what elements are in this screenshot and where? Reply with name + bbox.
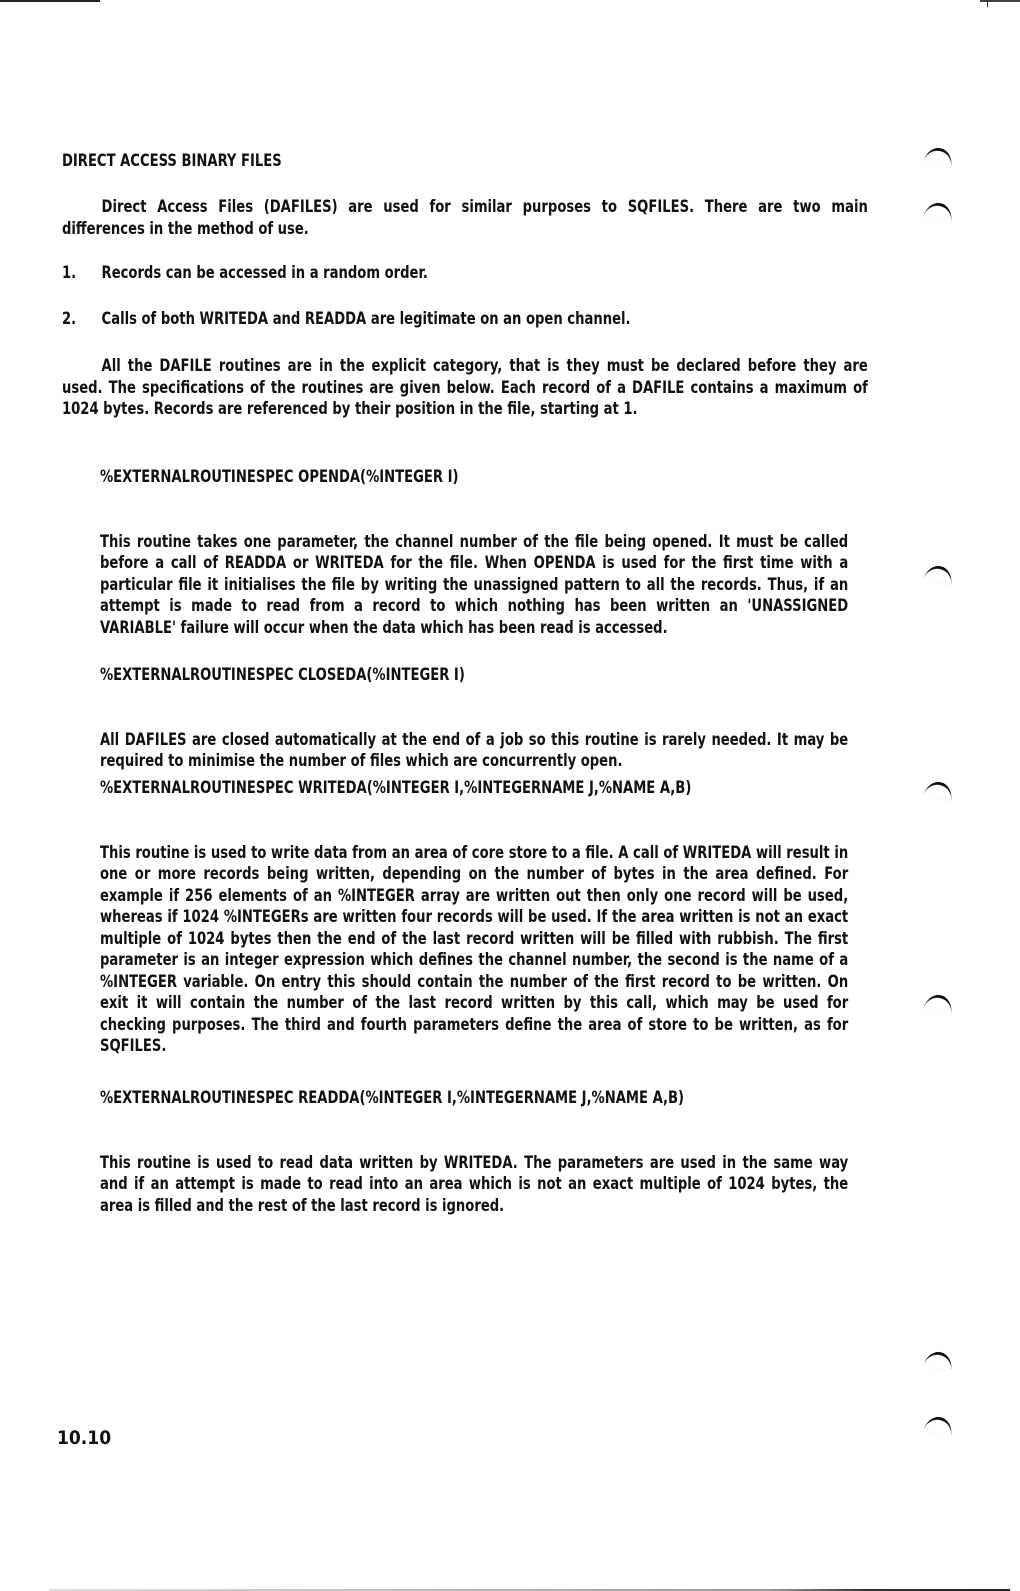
routine-description: This routine is used to read data writte…	[100, 1153, 848, 1218]
scan-edge-top-left	[0, 0, 100, 2]
binder-hole-mark-icon	[924, 563, 955, 585]
binder-hole-mark-icon	[924, 779, 955, 801]
binder-hole-mark-icon	[924, 992, 955, 1014]
binder-hole-mark-icon	[924, 1414, 955, 1436]
routine-signature: %EXTERNALROUTINESPEC WRITEDA(%INTEGER I,…	[100, 778, 848, 800]
routine-signature: %EXTERNALROUTINESPEC CLOSEDA(%INTEGER I)	[100, 665, 848, 687]
routines-overview-text: All the DAFILE routines are in the expli…	[62, 356, 868, 421]
scan-mark	[987, 0, 988, 7]
binder-hole-mark-icon	[924, 145, 955, 167]
binder-hole-mark-icon	[924, 1349, 955, 1371]
routine-signature: %EXTERNALROUTINESPEC READDA(%INTEGER I,%…	[100, 1088, 848, 1110]
document-page: DIRECT ACCESS BINARY FILES Direct Access…	[0, 0, 1020, 1591]
scan-edge-top-right	[980, 0, 1020, 2]
routine-signature: %EXTERNALROUTINESPEC OPENDA(%INTEGER I)	[100, 467, 848, 489]
binder-hole-mark-icon	[924, 200, 955, 222]
spec-readda: %EXTERNALROUTINESPEC READDA(%INTEGER I,%…	[100, 1045, 848, 1260]
routine-description: This routine is used to write data from …	[100, 843, 848, 1058]
page-number: 10.10	[57, 1427, 111, 1449]
